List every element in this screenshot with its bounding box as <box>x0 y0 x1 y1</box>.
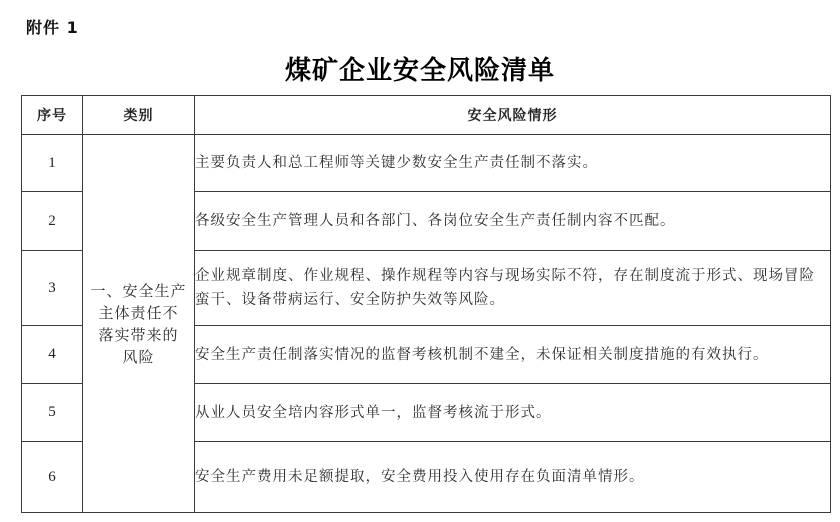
row-description: 主要负责人和总工程师等关键少数安全生产责任制不落实。 <box>195 135 831 192</box>
row-index: 3 <box>22 251 83 326</box>
category-cell: 一、安全生产 主体责任不 落实带来的 风险 <box>83 135 195 513</box>
row-index: 1 <box>22 135 83 192</box>
row-index: 2 <box>22 192 83 251</box>
header-description: 安全风险情形 <box>195 96 831 135</box>
row-description: 各级安全生产管理人员和各部门、各岗位安全生产责任制内容不匹配。 <box>195 192 831 251</box>
row-index: 4 <box>22 326 83 384</box>
row-description: 从业人员安全培内容形式单一，监督考核流于形式。 <box>195 384 831 442</box>
table-row: 1 一、安全生产 主体责任不 落实带来的 风险 主要负责人和总工程师等关键少数安… <box>22 135 831 192</box>
category-line: 主体责任不 <box>83 302 194 324</box>
attachment-label: 附件 1 <box>26 15 79 38</box>
category-line: 落实带来的 <box>83 324 194 346</box>
row-index: 6 <box>22 442 83 513</box>
row-description: 企业规章制度、作业规程、操作规程等内容与现场实际不符，存在制度流于形式、现场冒险… <box>195 251 831 326</box>
table-header-row: 序号 类别 安全风险情形 <box>22 96 831 135</box>
row-index: 5 <box>22 384 83 442</box>
row-description: 安全生产责任制落实情况的监督考核机制不建全，未保证相关制度措施的有效执行。 <box>195 326 831 384</box>
category-line: 风险 <box>83 346 194 368</box>
document-title: 煤矿企业安全风险清单 <box>0 50 840 87</box>
header-index: 序号 <box>22 96 83 135</box>
row-description: 安全生产费用未足额提取，安全费用投入使用存在负面清单情形。 <box>195 442 831 513</box>
risk-table: 序号 类别 安全风险情形 1 一、安全生产 主体责任不 落实带来的 风险 主要负… <box>21 95 831 513</box>
header-category: 类别 <box>83 96 195 135</box>
category-line: 一、安全生产 <box>83 280 194 302</box>
